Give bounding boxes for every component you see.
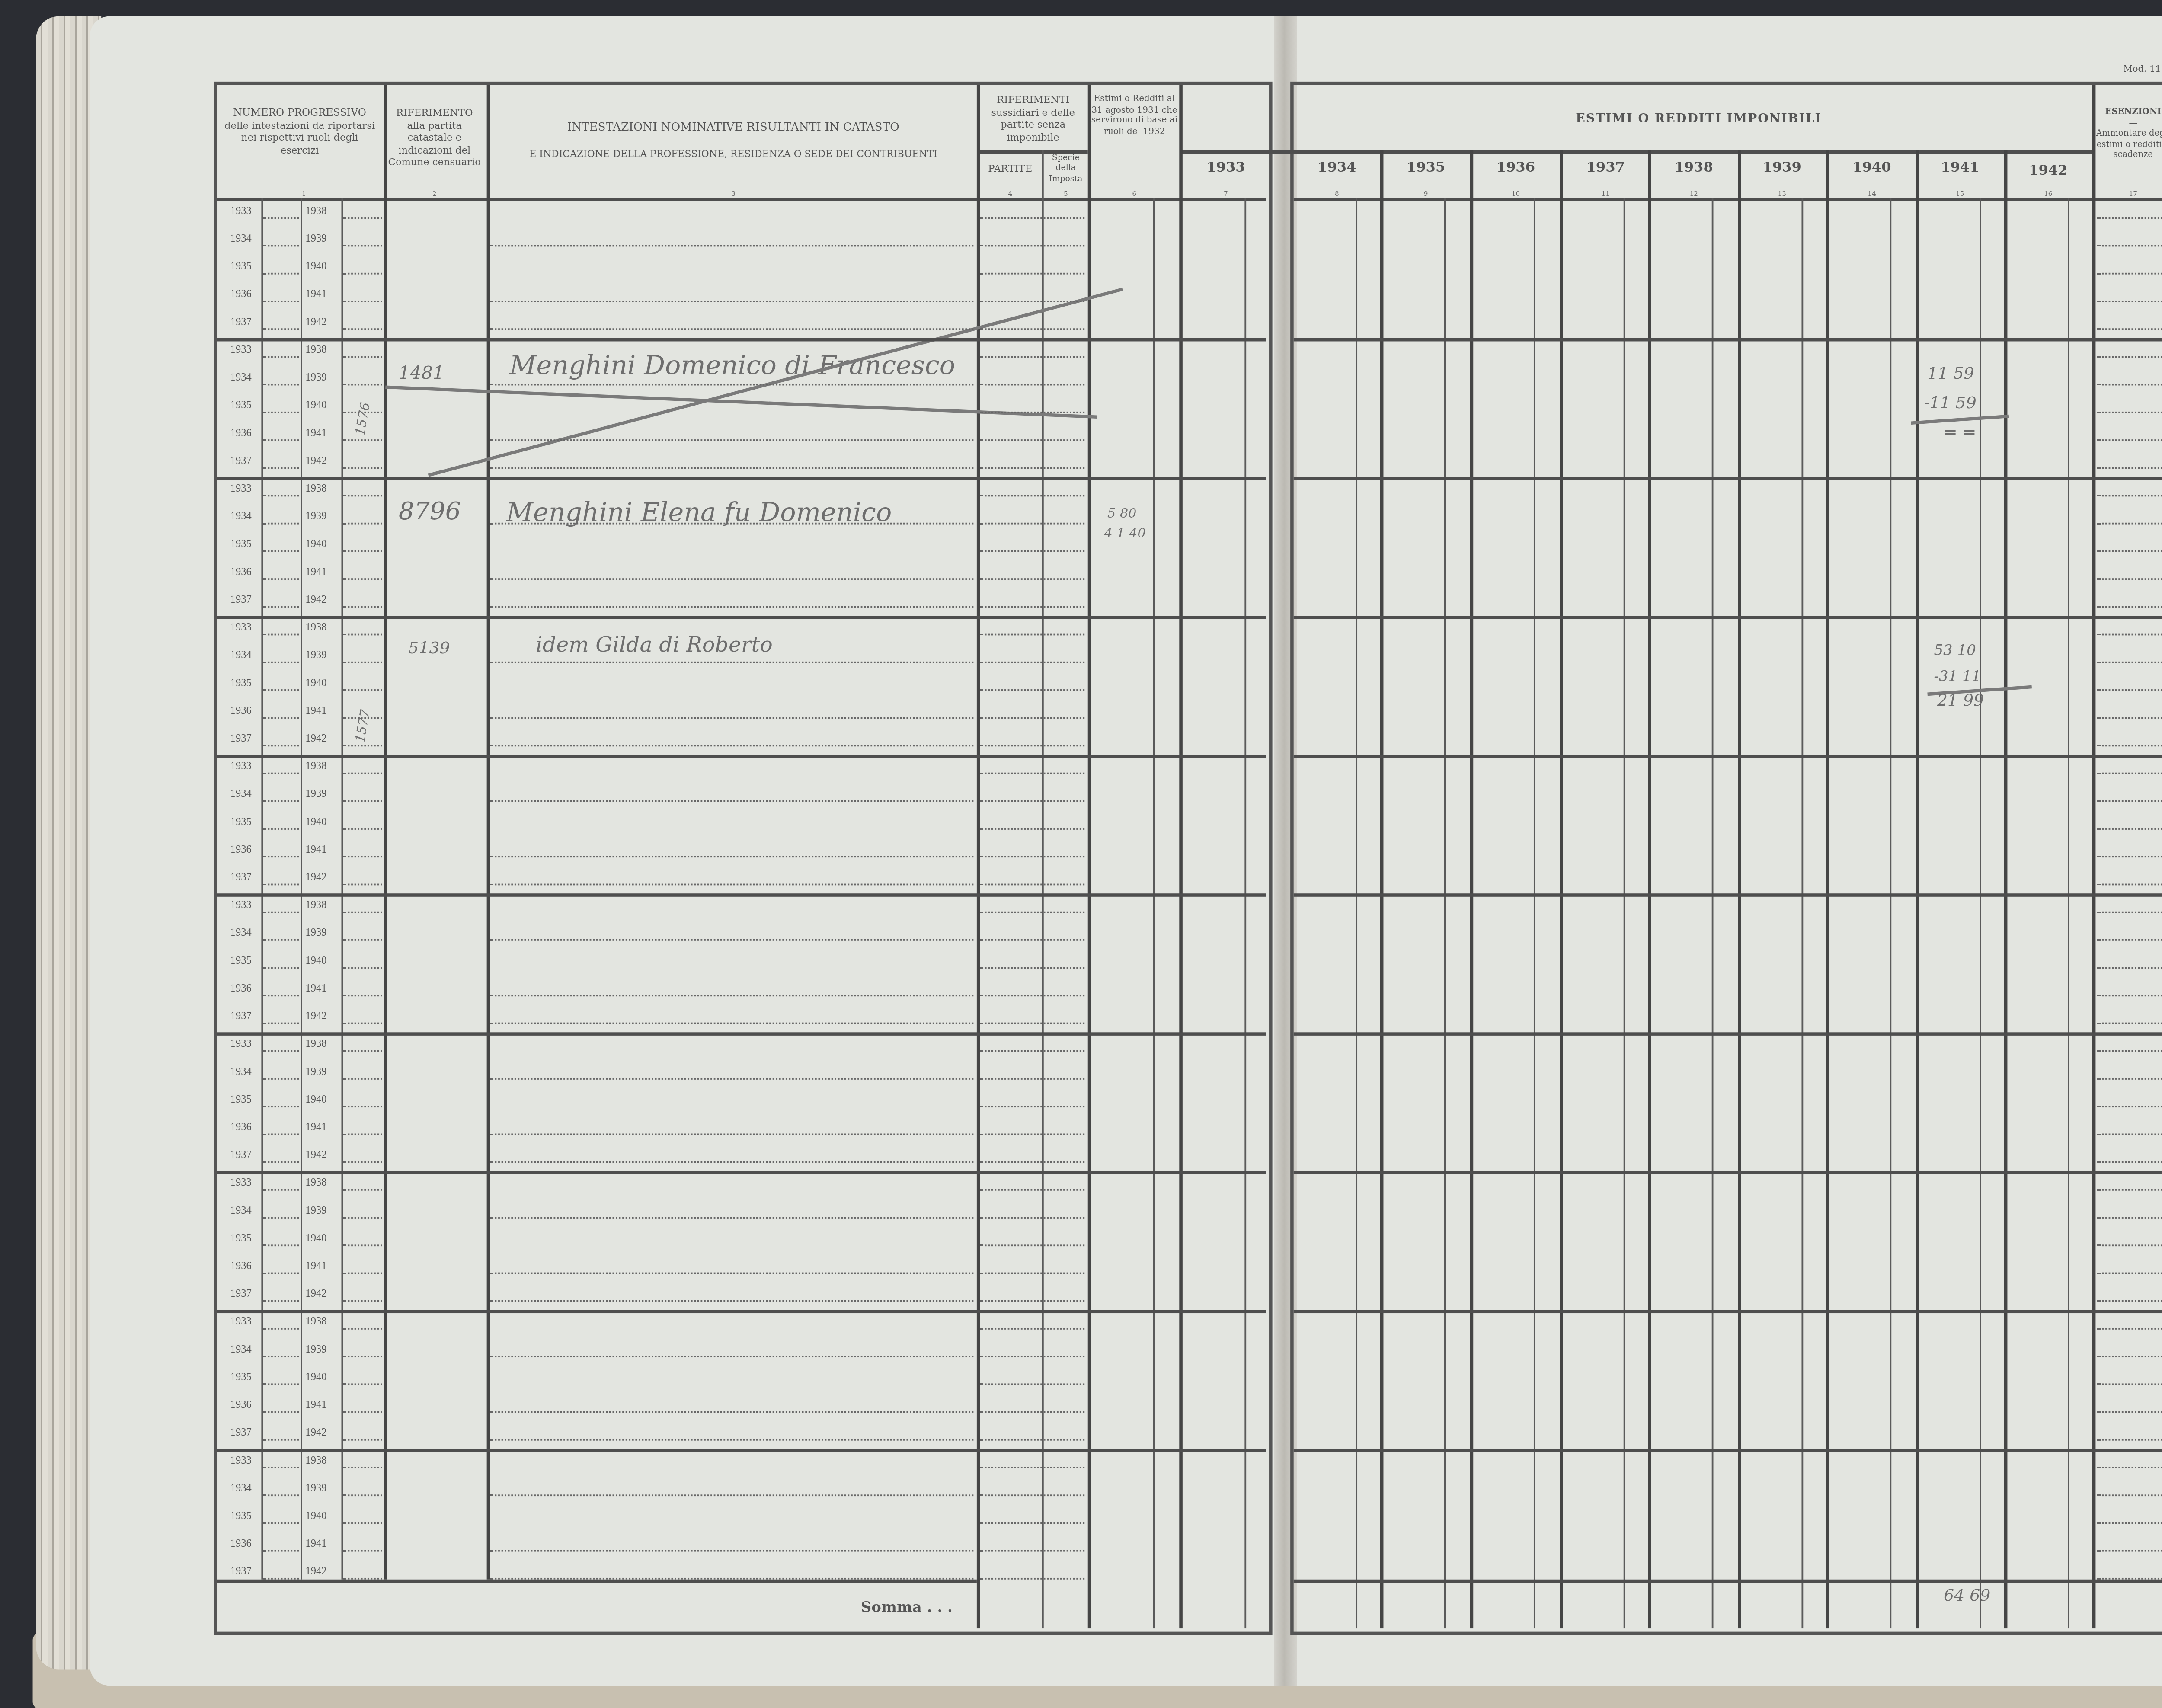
dotted-line [2097,828,2162,830]
dotted-line [980,634,1084,636]
col1-title: NUMERO PROGRESSIVO [222,108,377,120]
dotted-line [343,1106,382,1107]
col17-header: ESENZIONI — Ammontare degli estimi o red… [2095,108,2162,161]
dotted-line [343,1161,382,1163]
year-label: 1939 [305,928,326,939]
col6-number: 6 [1090,189,1180,198]
year-label: 1938 [305,206,326,217]
dotted-line [980,884,1084,886]
year-label: 1942 [305,1567,326,1578]
dotted-line [980,273,1084,275]
year-label: 1933 [230,761,252,772]
dotted-line [343,301,382,302]
vline [1738,150,1740,1629]
vline [1179,85,1182,1628]
dotted-line [263,1078,299,1080]
year-label: 1940 [305,539,326,550]
dotted-line [2097,856,2162,857]
dotted-line [980,912,1084,913]
year-label: 1941 [305,706,326,717]
dotted-line [980,1189,1084,1191]
dotted-line [263,717,299,719]
dotted-line [263,1273,299,1274]
col2-number: 2 [385,189,483,198]
dotted-line [263,773,299,774]
year-label: 1937 [230,1150,252,1161]
col45-header: RIFERIMENTI sussidiari e delle partite s… [979,95,1088,144]
block-separator [217,338,1266,341]
year-label: 1938 [305,1039,326,1050]
dotted-line [343,1244,382,1246]
dotted-line [980,1578,1084,1580]
dotted-line [2097,495,2162,497]
dotted-line [343,773,382,774]
col17-subtitle: Ammontare degli estimi o redditi e scade… [2095,129,2162,161]
name-line [490,884,973,886]
year-label: 1940 [305,261,326,272]
dotted-line [343,273,382,275]
dotted-line [2097,1467,2162,1468]
name-line [490,1161,973,1163]
vline [1356,198,1357,1628]
year-label: 1934 [230,1483,252,1494]
riferimenti-subheader-rule [979,150,1088,153]
col1-header: NUMERO PROGRESSIVO delle intestazioni da… [222,108,377,157]
name-line [490,1134,973,1135]
dotted-line [2097,217,2162,219]
block-separator [217,616,1266,618]
name-line [490,1023,973,1024]
dotted-line [343,217,382,219]
dotted-line [343,356,382,358]
dotted-line [263,1106,299,1107]
vline [1648,150,1650,1629]
vline [1916,150,1919,1629]
dotted-line [2097,1106,2162,1107]
dotted-line [343,245,382,247]
dotted-line [343,939,382,941]
dotted-line [343,912,382,913]
year-label: 1934 [230,1206,252,1217]
dotted-line [343,1578,382,1580]
vline [1042,150,1044,1629]
year-label: 1940 [305,400,326,411]
dotted-line [263,1023,299,1024]
dotted-line [2097,1522,2162,1524]
block-separator [1294,755,2162,757]
dotted-line [980,1078,1084,1080]
dotted-line [2097,1439,2162,1441]
dotted-line [2097,356,2162,358]
name-line [490,745,973,746]
dotted-line [343,828,382,830]
year-label: 1936 [230,428,252,439]
year-label: 1938 [305,345,326,356]
entry-value-1941: -31 11 [1934,670,1981,686]
year-label: 1933 [230,1455,252,1467]
name-line [490,606,973,608]
vline [1244,198,1246,1628]
year-label: 1934 [230,372,252,384]
col3-number: 3 [490,189,977,198]
year-header-1942: 1942 [2004,163,2092,180]
dotted-line [343,1078,382,1080]
name-line [490,1300,973,1302]
year-label: 1933 [230,206,252,217]
dotted-line [263,634,299,636]
dotted-line [263,1522,299,1524]
year-label: 1941 [305,1261,326,1272]
name-line [490,439,973,441]
dotted-line [2097,634,2162,636]
dotted-line [2097,1189,2162,1191]
dotted-line [980,1134,1084,1135]
year-header-1933: 1933 [1181,160,1271,176]
dotted-line [343,717,382,719]
year-label: 1939 [305,1483,326,1494]
year-label: 1933 [230,1178,252,1189]
entry-value-1941: -11 59 [1924,395,1977,413]
dotted-line [980,1356,1084,1357]
year-label: 1936 [230,706,252,717]
year-label: 1939 [305,372,326,384]
year-header-1935: 1935 [1382,160,1470,176]
vline [1534,198,1535,1628]
dotted-line [980,967,1084,969]
dotted-line [2097,412,2162,413]
year-label: 1940 [305,956,326,967]
year-label: 1934 [230,1344,252,1356]
dotted-line [2097,1328,2162,1330]
year-label: 1938 [305,622,326,633]
dotted-line [263,1467,299,1468]
year-label: 1940 [305,1511,326,1522]
name-line [490,856,973,857]
year-label: 1941 [305,983,326,995]
vline [1444,198,1446,1628]
year-colno-1935: 9 [1382,189,1470,198]
name-line [490,523,973,525]
dotted-line [980,606,1084,608]
vline [977,85,979,1628]
year-label: 1935 [230,1511,252,1522]
dotted-line [980,1328,1084,1330]
footer-rule-right [1294,1580,2162,1582]
year-header-1938: 1938 [1650,160,1738,176]
dotted-line [343,1050,382,1052]
year-label: 1941 [305,844,326,856]
dotted-line [263,495,299,497]
dotted-line [343,745,382,746]
name-line [490,301,973,302]
name-line [490,939,973,941]
year-label: 1942 [305,1427,326,1439]
dotted-line [2097,1578,2162,1580]
year-label: 1938 [305,483,326,495]
dotted-line [2097,301,2162,302]
entry-value-1941: 53 10 [1934,643,1976,660]
vline [2004,150,2007,1629]
dotted-line [2097,1411,2162,1413]
dotted-line [343,634,382,636]
year-label: 1942 [305,595,326,606]
dotted-line [263,328,299,330]
block-separator [1294,1171,2162,1174]
col2-subtitle: alla partita catastale e indicazioni del… [385,120,483,169]
name-line [490,1217,973,1219]
entry-value-1941: 21 99 [1937,693,1984,711]
dotted-line [263,467,299,469]
dotted-line [980,1439,1084,1441]
col6-title: Estimi o Redditi al 31 agosto 1931 che s… [1090,95,1180,138]
col17-dash: — [2095,118,2162,129]
dotted-line [980,1522,1084,1524]
dotted-line [980,1467,1084,1468]
dotted-line [2097,550,2162,552]
dotted-line [343,1356,382,1357]
name-line [490,662,973,663]
block-separator [1294,616,2162,618]
year-label: 1935 [230,1372,252,1383]
dotted-line [263,1356,299,1357]
dotted-line [343,1189,382,1191]
vline [2068,198,2069,1628]
dotted-line [343,689,382,691]
dotted-line [980,662,1084,663]
col5-title: Specie della Imposta [1044,154,1088,184]
year-label: 1939 [305,233,326,245]
dotted-line [2097,662,2162,663]
entry-name: idem Gilda di Roberto [536,634,773,659]
dotted-line [2097,328,2162,330]
dotted-line [2097,1023,2162,1024]
year-label: 1936 [230,1122,252,1133]
dotted-line [980,745,1084,746]
dotted-line [343,1134,382,1135]
vline [341,198,343,1580]
vline [1560,150,1562,1629]
year-label: 1939 [305,1344,326,1356]
dotted-line [2097,273,2162,275]
year-label: 1940 [305,817,326,828]
book-spread: Mod. 111 - Imposte Dirette (Intercalare)… [0,0,2162,1708]
dotted-line [343,550,382,552]
dotted-line [980,717,1084,719]
col17-number: 17 [2095,189,2162,198]
block-separator [1294,1449,2162,1452]
dotted-line [263,828,299,830]
dotted-line [2097,523,2162,525]
year-header-1939: 1939 [1738,160,1826,176]
year-label: 1937 [230,872,252,883]
year-label: 1936 [230,1538,252,1550]
col5-number: 5 [1044,189,1088,198]
dotted-line [980,523,1084,525]
year-label: 1936 [230,1261,252,1272]
dotted-line [343,884,382,886]
dotted-line [980,1550,1084,1552]
dotted-line [263,800,299,802]
dotted-line [263,1494,299,1496]
dotted-line [2097,1550,2162,1552]
year-label: 1934 [230,789,252,800]
dotted-line [263,689,299,691]
name-line [490,578,973,580]
vline [1153,198,1155,1628]
entry-value-1941: 11 59 [1927,366,1974,384]
dotted-line [2097,384,2162,386]
year-colno-1934: 8 [1294,189,1380,198]
year-label: 1935 [230,261,252,272]
dotted-line [980,550,1084,552]
year-label: 1936 [230,289,252,301]
dotted-line [263,523,299,525]
year-label: 1937 [230,1567,252,1578]
col1-number: 1 [222,189,386,198]
year-label: 1939 [305,1206,326,1217]
year-label: 1937 [230,1427,252,1439]
year-colno-1940: 14 [1828,189,1916,198]
dotted-line [2097,1300,2162,1302]
year-label: 1938 [305,761,326,772]
dotted-line [2097,578,2162,580]
dotted-line [263,1439,299,1441]
block-separator [217,1310,1266,1312]
col3-subtitle: E INDICAZIONE DELLA PROFESSIONE, RESIDEN… [490,150,977,162]
year-label: 1940 [305,1094,326,1106]
dotted-line [263,1189,299,1191]
dotted-line [980,800,1084,802]
year-colno-1938: 12 [1650,189,1738,198]
col4-number: 4 [979,189,1042,198]
year-colno-1937: 11 [1561,189,1650,198]
year-label: 1939 [305,789,326,800]
entry-value-c6: 4 1 40 [1104,526,1146,541]
dotted-line [343,1328,382,1330]
name-line [490,1578,973,1580]
dotted-line [343,1300,382,1302]
year-label: 1933 [230,900,252,911]
vline [301,198,302,1580]
dotted-line [263,1217,299,1219]
year-label: 1938 [305,1178,326,1189]
dotted-line [980,1023,1084,1024]
block-separator [1294,1310,2162,1312]
estimi-title: ESTIMI O REDDITI IMPONIBILI [1307,111,2091,126]
name-line [490,245,973,247]
dotted-line [263,1411,299,1413]
dotted-line [343,1522,382,1524]
dotted-line [2097,884,2162,886]
dotted-line [343,384,382,386]
dotted-line [980,328,1084,330]
dotted-line [2097,1134,2162,1135]
year-label: 1937 [230,595,252,606]
dotted-line [343,1550,382,1552]
dotted-line [2097,1050,2162,1052]
dotted-line [343,467,382,469]
dotted-line [980,1217,1084,1219]
dotted-line [263,1300,299,1302]
year-label: 1942 [305,733,326,745]
dotted-line [343,856,382,857]
year-label: 1935 [230,400,252,411]
year-label: 1933 [230,1039,252,1050]
dotted-line [2097,1244,2162,1246]
vline [1470,150,1473,1629]
dotted-line [980,1494,1084,1496]
dotted-line [980,495,1084,497]
dotted-line [263,356,299,358]
year-label: 1935 [230,956,252,967]
dotted-line [980,301,1084,302]
left-table-frame [214,82,1273,1635]
header-rule-right [1294,198,2162,200]
dotted-line [2097,1273,2162,1274]
year-label: 1939 [305,511,326,522]
dotted-line [980,439,1084,441]
dotted-line [980,773,1084,774]
dotted-line [2097,1217,2162,1219]
dotted-line [343,439,382,441]
dotted-line [980,384,1084,386]
vline [2092,85,2095,1628]
dotted-line [980,412,1084,413]
form-id: Mod. 111 - Imposte Dirette (Intercalare)… [2124,65,2162,75]
year-label: 1937 [230,1289,252,1300]
year-label: 1938 [305,1455,326,1467]
dotted-line [980,578,1084,580]
dotted-line [263,245,299,247]
entry-name: Menghini Domenico di Francesco [510,349,956,381]
dotted-line [980,995,1084,996]
year-header-1936: 1936 [1471,160,1560,176]
year-label: 1941 [305,1122,326,1133]
year-label: 1939 [305,650,326,661]
vline [1712,198,1714,1628]
year-label: 1938 [305,1317,326,1328]
dotted-line [263,273,299,275]
block-separator [217,1032,1266,1035]
right-table-frame [1290,82,2162,1635]
year-label: 1934 [230,650,252,661]
year-label: 1941 [305,1538,326,1550]
dotted-line [343,967,382,969]
name-line [490,717,973,719]
dotted-line [343,662,382,663]
dotted-line [980,1106,1084,1107]
vline [1890,198,1891,1628]
dotted-line [263,1134,299,1135]
name-line [490,995,973,996]
entry-partita: 1481 [399,363,445,384]
col1-subtitle: delle intestazioni da riportarsi nei ris… [222,121,377,157]
dotted-line [343,1273,382,1274]
col3-title: INTESTAZIONI NOMINATIVE RISULTANTI IN CA… [490,121,977,135]
dotted-line [2097,1494,2162,1496]
col17-title: ESENZIONI [2095,108,2162,118]
dotted-line [263,1578,299,1580]
name-line [490,328,973,330]
footer-rule [217,1580,976,1582]
year-label: 1933 [230,622,252,633]
dotted-line [343,328,382,330]
block-separator [217,1449,1266,1452]
dotted-line [263,939,299,941]
dotted-line [263,1161,299,1163]
dotted-line [263,439,299,441]
col2-header: RIFERIMENTO alla partita catastale e ind… [385,108,483,169]
